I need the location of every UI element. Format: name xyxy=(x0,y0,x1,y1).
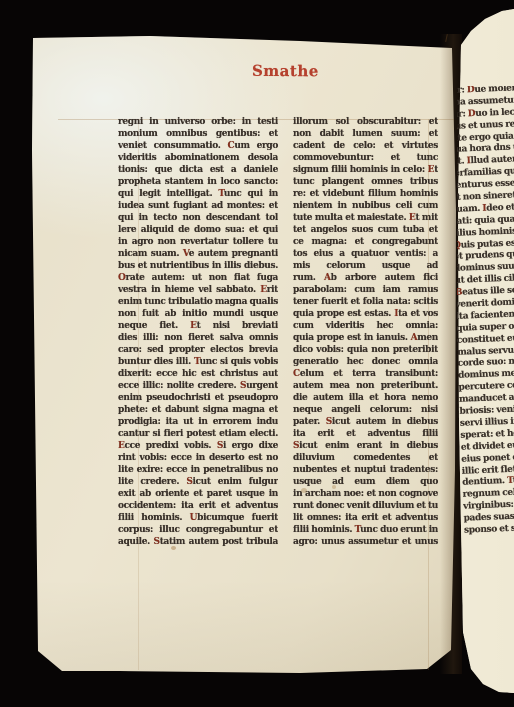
manuscript-text-line: lite credere. Sicut enim fulgur xyxy=(118,476,278,488)
manuscript-text-line: dies illi: non fieret salva omnis xyxy=(118,332,278,344)
manuscript-text-line: tener fuerit et folia nata: scitis xyxy=(293,296,438,308)
manuscript-text-line: bus et nutrientibus in illis diebus. xyxy=(118,260,278,272)
manuscript-text-line: nicam suam. Ve autem pregnanti xyxy=(118,248,278,260)
manuscript-text-line: cum videritis hec omnia: scitote xyxy=(293,320,438,332)
manuscript-text-line: regni in universo orbe: in testi xyxy=(118,116,278,128)
manuscript-text-line: propheta stantem in loco sancto: xyxy=(118,176,278,188)
manuscript-text-line: rum. Ab arbore autem fici discite xyxy=(293,272,438,284)
manuscript-text-line: prodigia: ita ut in errorem indu xyxy=(118,416,278,428)
manuscript-text-line: autem mea non preteribunt. De xyxy=(293,380,438,392)
manuscript-text-line: pater. Sicut autem in diebus noe: xyxy=(293,416,438,428)
manuscript-text-line: exit ab oriente et paret usque in xyxy=(118,488,278,500)
manuscript-text-line: iudea sunt fugiant ad montes: et xyxy=(118,200,278,212)
parchment-stain xyxy=(171,546,176,550)
manuscript-text-line: veniet consummatio. Cum ergo xyxy=(118,140,278,152)
manuscript-text-line: aquile. Statim autem post tribula xyxy=(118,536,278,548)
manuscript-text-line: Celum et terra transibunt: verba xyxy=(293,368,438,380)
manuscript-text-line: enim tunc tribulatio magna qualis xyxy=(118,296,278,308)
manuscript-text-line: lere aliquid de domo sua: et qui xyxy=(118,224,278,236)
manuscript-text-line: mis celorum usque ad terminos eo xyxy=(293,260,438,272)
manuscript-text-line: usque ad eum diem quo intravit xyxy=(293,476,438,488)
manuscript-text-line: in archam noe: et non cognove xyxy=(293,488,438,500)
next-page-text-window: tur: Due molenuna assumeturtur: Duo in l… xyxy=(457,86,514,556)
manuscript-text-line: vestra in hieme vel sabbato. Erit xyxy=(118,284,278,296)
manuscript-text-line: nubentes et nuptui tradentes: xyxy=(293,464,438,476)
manuscript-text-line: filii hominis. Tunc duo erunt in xyxy=(293,524,438,536)
manuscript-text-line: phete: et dabunt signa magna et xyxy=(118,404,278,416)
manuscript-text-line: enim pseudochristi et pseudopro xyxy=(118,392,278,404)
manuscript-text-line: qui legit intelligat. Tunc qui in xyxy=(118,188,278,200)
text-column-right: illorum sol obscurabitur: et lunanon dab… xyxy=(293,116,438,548)
manuscript-text-line: cantur si fieri potest etiam electi. xyxy=(118,428,278,440)
parchment-stain xyxy=(332,485,336,489)
manuscript-text-line: non dabit lumen suum: et stelle xyxy=(293,128,438,140)
manuscript-text-line: Ecce predixi vobis. Si ergo dixe xyxy=(118,440,278,452)
manuscript-text-line: ce magna: et congregabunt elec xyxy=(293,236,438,248)
text-column-left: regni in universo orbe: in testimonium o… xyxy=(118,116,278,548)
running-title: Smathe xyxy=(252,62,319,80)
manuscript-text-line: parabolam: cum iam ramus eius xyxy=(293,284,438,296)
manuscript-text-line: qui in tecto non descendant tol xyxy=(118,212,278,224)
manuscript-text-line: runt donec venit diluvium et tu xyxy=(293,500,438,512)
manuscript-text-line: commovebuntur: et tunc parebit xyxy=(293,152,438,164)
manuscript-text-line: dico vobis: quia non preteribit xyxy=(293,344,438,356)
manuscript-text-line: non fuit ab initio mundi usque modo xyxy=(118,308,278,320)
manuscript-text-line: die autem illa et hora nemo scit: xyxy=(293,392,438,404)
manuscript-text-line: diluvium comedentes et bibentes: xyxy=(293,452,438,464)
manuscript-text-line: agro: unus assumetur et unus xyxy=(293,536,438,548)
manuscript-text-line: Orate autem: ut non fiat fuga xyxy=(118,272,278,284)
manuscript-text-line: illorum sol obscurabitur: et luna xyxy=(293,116,438,128)
manuscript-text-line: lit omnes: ita erit et adventus xyxy=(293,512,438,524)
manuscript-text-line: Sicut enim erant in diebus ante xyxy=(293,440,438,452)
manuscript-text-line: rint vobis: ecce in deserto est no xyxy=(118,452,278,464)
manuscript-text-line: signum filii hominis in celo: Et xyxy=(293,164,438,176)
manuscript-text-line: occidentem: ita erit et adventus xyxy=(118,500,278,512)
manuscript-text-line: buntur dies illi. Tunc si quis vobis xyxy=(118,356,278,368)
manuscript-text-line: videritis abominationem desola xyxy=(118,152,278,164)
manuscript-text-line: tute multa et maiestate. Et mit xyxy=(293,212,438,224)
manuscript-text-line: corpus: illuc congregabuntur et xyxy=(118,524,278,536)
manuscript-text-line: ecce illic: nolite credere. Surgent xyxy=(118,380,278,392)
manuscript-text-line: tos eius a quatuor ventis: a sum xyxy=(293,248,438,260)
manuscript-text-line: tunc plangent omnes tribus ter xyxy=(293,176,438,188)
manuscript-text-line: neque fiet. Et nisi breviati fuissent xyxy=(118,320,278,332)
manuscript-text-line: quia prope est in ianuis. Amen xyxy=(293,332,438,344)
manuscript-photo: Smathe regni in universo orbe: in testim… xyxy=(0,0,514,707)
manuscript-text-line: generatio hec donec omnia fiant. xyxy=(293,356,438,368)
manuscript-text-line: nientem in nubibus celi cum vir xyxy=(293,200,438,212)
manuscript-text-line: tet angelos suos cum tuba et vo xyxy=(293,224,438,236)
manuscript-text-line: filii hominis. Ubicumque fuerit xyxy=(118,512,278,524)
manuscript-text-line: caro: sed propter electos brevia xyxy=(118,344,278,356)
manuscript-text-line: dixerit: ecce hic est christus aut xyxy=(118,368,278,380)
manuscript-text-line: lite exire: ecce in penetralibus no xyxy=(118,464,278,476)
manuscript-text-line: re: et videbunt filium hominis ve xyxy=(293,188,438,200)
manuscript-text-line: cadent de celo: et virtutes celorum xyxy=(293,140,438,152)
parchment-stain xyxy=(301,488,307,493)
manuscript-text-line: neque angeli celorum: nisi solus xyxy=(293,404,438,416)
manuscript-text-line: ita erit et adventus filii hominis. xyxy=(293,428,438,440)
manuscript-text-line: tionis: que dicta est a daniele xyxy=(118,164,278,176)
manuscript-text-line: in agro non revertatur tollere tu xyxy=(118,236,278,248)
manuscript-text-line: quia prope est estas. Ita et vos xyxy=(293,308,438,320)
manuscript-text-line: monium omnibus gentibus: et tunc xyxy=(118,128,278,140)
next-page-text-column: tur: Due molenuna assumeturtur: Duo in l… xyxy=(457,86,514,538)
